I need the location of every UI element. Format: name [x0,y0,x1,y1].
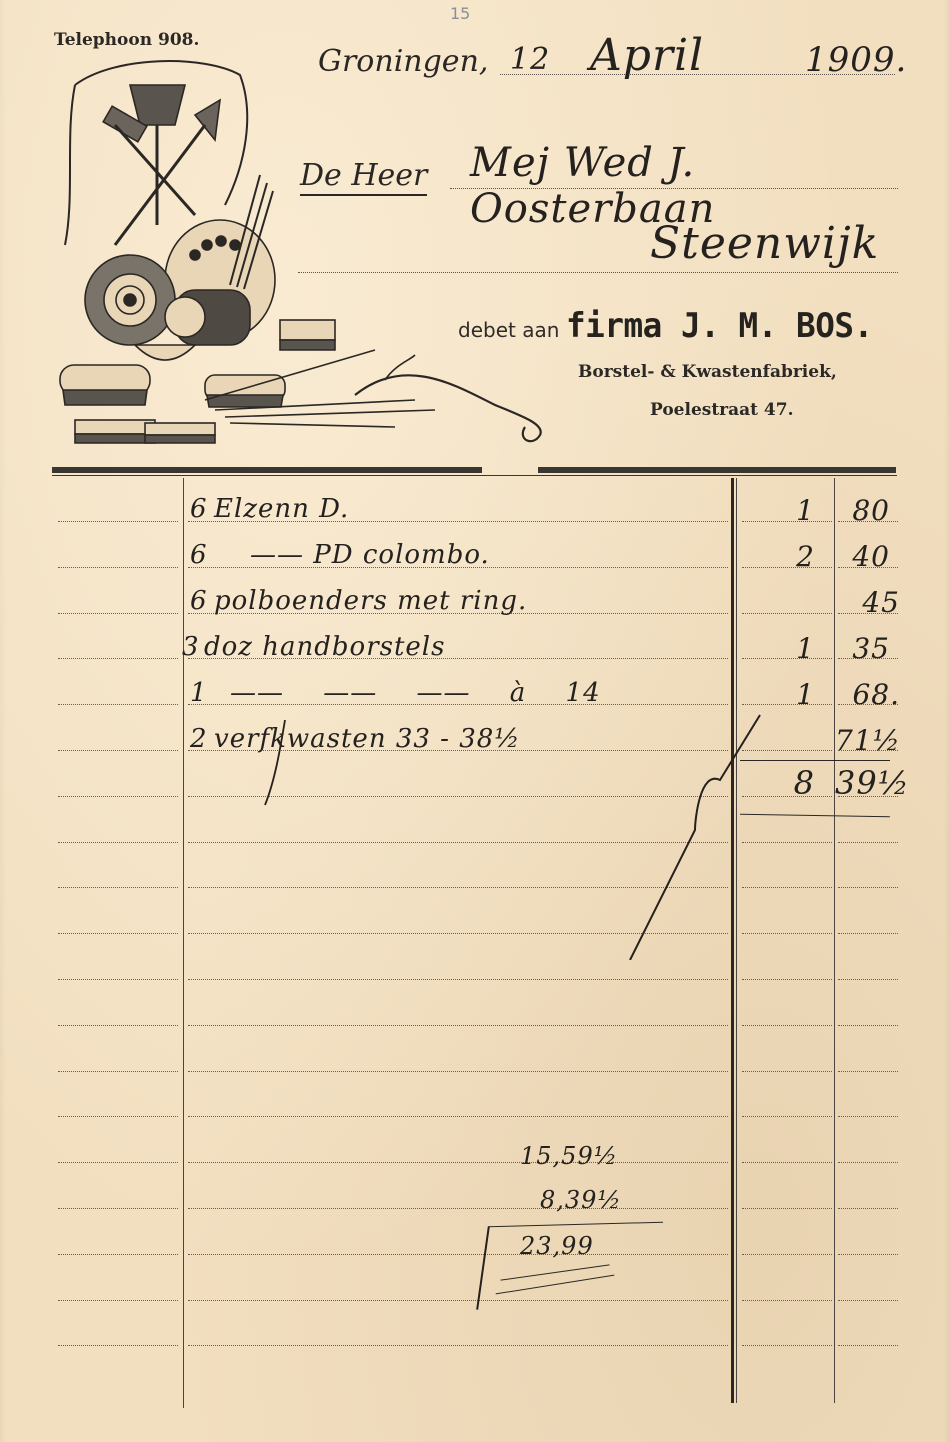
calc-result: 23,99 [520,1232,594,1260]
line-item-cents: 68. [835,678,900,711]
line-item-description: polboenders met ring. [214,586,527,616]
line-item-cents: 40 [835,540,890,573]
line-item-qty: 3 [182,632,200,662]
header-rule-thin [52,475,897,476]
line-item-description: —— PD colombo. [250,540,490,570]
calc-sum-rule [488,1222,663,1228]
ruled-row-line [742,979,832,980]
brush-vignette-illustration [55,55,555,450]
ruled-row-line [742,1162,832,1163]
ruled-row-line [58,521,178,522]
calc-bracket [476,1226,490,1309]
ruled-row-line [58,750,178,751]
ruled-row-line [58,613,178,614]
ruled-row-line [742,613,832,614]
ruled-row-line [742,1254,832,1255]
line-item-qty: 2 [190,724,208,754]
margin-column-rule [183,478,184,1408]
ruled-row-line [838,1208,898,1209]
ruled-row-line [58,567,178,568]
ruled-row-line [58,1025,178,1026]
line-item-cents: 35 [835,632,890,665]
ruled-row-line [742,1300,832,1301]
ruled-row-line [742,1071,832,1072]
line-item-description: doz handborstels [204,632,445,662]
firm-trade: Borstel- & Kwastenfabriek, [578,362,837,382]
line-item-qty: 1 [190,678,208,708]
ruled-row-line [188,979,728,980]
ruled-row-line [838,933,898,934]
line-item-cents: 71½ [835,724,895,757]
ruled-row-line [58,1208,178,1209]
ruled-row-line [188,1162,728,1163]
ruled-row-line [58,887,178,888]
ruled-row-line [838,1071,898,1072]
ruled-row-line [188,1116,728,1117]
ruled-row-line [188,1208,728,1209]
ruled-row-line [58,1300,178,1301]
description-flourish-mark [255,720,295,810]
pencil-mark: 15 [450,4,470,23]
ruled-row-line [188,1345,728,1346]
ruled-row-line [58,979,178,980]
recipient-city: Steenwijk [650,218,879,269]
line-item-description: Elzenn D. [214,494,349,524]
ruled-row-line [838,1254,898,1255]
ruled-row-line [838,1025,898,1026]
ruled-row-line [188,1254,728,1255]
firm-name: firma J. M. BOS. [566,306,873,346]
line-item-cents: 80 [835,494,890,527]
date-year: 1909. [805,40,907,80]
ruled-row-line [838,1345,898,1346]
ruled-row-line [742,1025,832,1026]
ruled-row-line [58,1254,178,1255]
ruled-row-line [58,1071,178,1072]
header-rule-left [52,467,482,473]
header-rule-right [538,467,896,473]
ruled-row-line [58,1345,178,1346]
ruled-row-line [58,796,178,797]
total-cents: 39½ [835,764,900,802]
ruled-row-line [58,704,178,705]
ruled-row-line [742,1208,832,1209]
line-item-guilders: 1 [760,494,815,527]
line-item-guilders: 1 [760,632,815,665]
firm-address: Poelestraat 47. [650,400,794,420]
ruled-row-line [188,1300,728,1301]
calc-line-1: 15,59½ [520,1142,618,1170]
ruled-row-line [838,979,898,980]
date-month: April [590,30,704,81]
ruled-row-line [58,1116,178,1117]
line-item-description: —— —— —— à 14 [230,678,601,708]
check-stroke-mark [600,710,770,960]
ruled-row-line [838,1162,898,1163]
line-item-guilders: 2 [760,540,815,573]
ruled-row-line [742,1116,832,1117]
ruled-row-line [58,1162,178,1163]
ruled-row-line [58,933,178,934]
ruled-row-line [58,842,178,843]
line-item-cents: 45 [835,586,900,619]
ruled-row-line [188,1025,728,1026]
line-item-guilders: 1 [760,678,815,711]
calc-line-2: 8,39½ [540,1186,622,1214]
ruled-row-line [838,1116,898,1117]
telephone-number: Telephoon 908. [54,30,199,50]
ruled-row-line [188,1071,728,1072]
ruled-row-line [838,842,898,843]
ruled-row-line [838,887,898,888]
line-item-qty: 6 [190,540,208,570]
line-item-qty: 6 [190,586,208,616]
ruled-row-line [742,1345,832,1346]
ruled-row-line [838,1300,898,1301]
ruled-row-line [58,658,178,659]
line-item-qty: 6 [190,494,208,524]
